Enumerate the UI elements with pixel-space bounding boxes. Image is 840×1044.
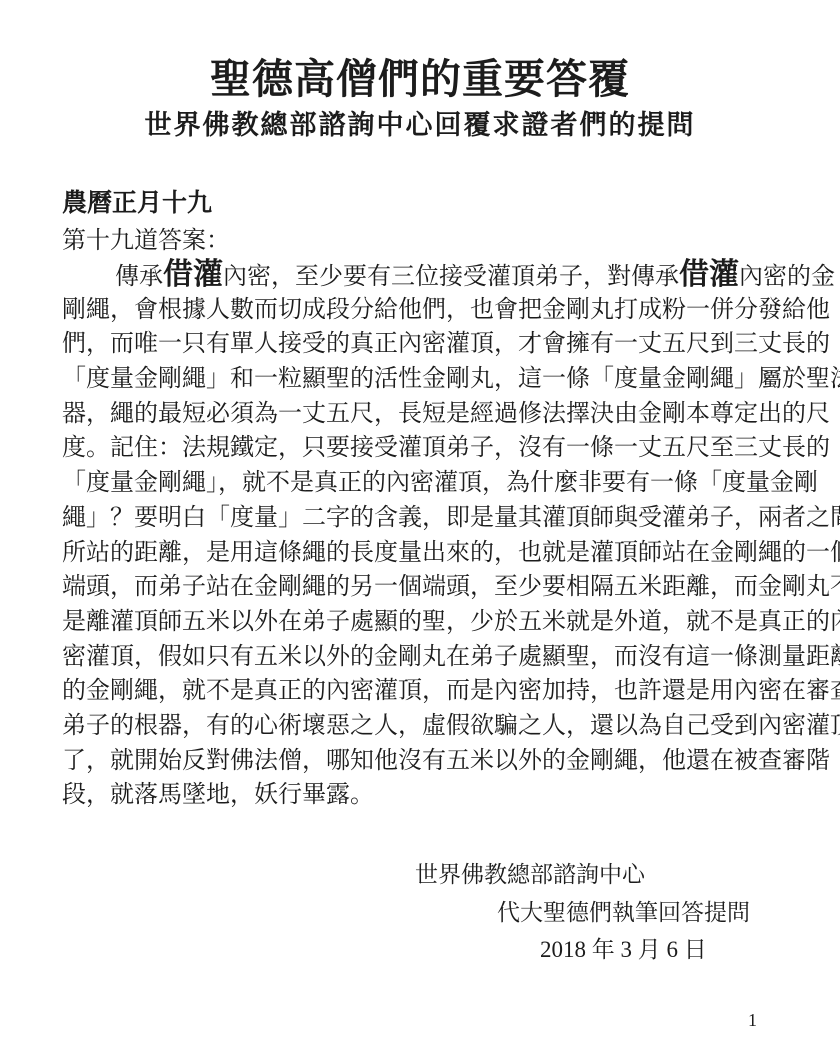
body-line: 度。記住：法規鐵定，只要接受灌頂弟子，沒有一條一丈五尺至三丈長的 [62,431,776,466]
body-text: 「度量金剛繩」和一粒顯聖的活性金剛丸，這一條「度量金剛繩」屬於聖法 [62,366,840,392]
body-text: 內密，至少要有三位接受灌頂弟子，對傳承 [223,264,679,290]
body-line: 剛繩，會根據人數而切成段分給他們，也會把金剛丸打成粉一併分發給他 [62,293,776,328]
body-text: 器，繩的最短必須為一丈五尺，長短是經過修法擇決由金剛本尊定出的尺 [62,401,830,427]
signature-block: 世界佛教總部諮詢中心 代大聖德們執筆回答提問 2018 年 3 月 6 日 [62,856,776,969]
body-text: 剛繩，會根據人數而切成段分給他們，也會把金剛丸打成粉一併分發給他 [62,297,830,323]
body-line: 「度量金剛繩」，就不是真正的內密灌頂，為什麼非要有一條「度量金剛 [62,466,776,501]
document-title: 聖德高僧們的重要答覆 [0,54,840,104]
answer-number-label: 第十九道答案： [62,226,230,256]
document-page: 聖德高僧們的重要答覆 世界佛教總部諮詢中心回覆求證者們的提問 農曆正月十九 第十… [0,0,840,1044]
body-line: 器，繩的最短必須為一丈五尺，長短是經過修法擇決由金剛本尊定出的尺 [62,397,776,432]
document-subtitle: 世界佛教總部諮詢中心回覆求證者們的提問 [0,107,840,143]
date-heading: 農曆正月十九 [62,189,212,219]
body-text: 內密的金 [739,264,835,290]
body-line: 「度量金剛繩」和一粒顯聖的活性金剛丸，這一條「度量金剛繩」屬於聖法 [62,362,776,397]
body-line: 密灌頂，假如只有五米以外的金剛丸在弟子處顯聖，而沒有這一條測量距離 [62,640,776,675]
body-line: 傳承借灌內密，至少要有三位接受灌頂弟子，對傳承借灌內密的金 [62,258,776,293]
body-line: 端頭，而弟子站在金剛繩的另一個端頭，至少要相隔五米距離，而金剛丸不 [62,570,776,605]
body-line: 繩」？要明白「度量」二字的含義，即是量其灌頂師與受灌弟子，兩者之間 [62,501,776,536]
body-line: 是離灌頂師五米以外在弟子處顯的聖，少於五米就是外道，就不是真正的內 [62,605,776,640]
body-text: 度。記住：法規鐵定，只要接受灌頂弟子，沒有一條一丈五尺至三丈長的 [62,435,830,461]
body-text: 所站的距離，是用這條繩的長度量出來的，也就是灌頂師站在金剛繩的一個 [62,540,840,566]
body-line: 所站的距離，是用這條繩的長度量出來的，也就是灌頂師站在金剛繩的一個 [62,536,776,571]
emphasized-term: 借灌 [679,258,739,291]
body-text: 「度量金剛繩」，就不是真正的內密灌頂，為什麼非要有一條「度量金剛 [62,470,818,496]
body-text: 段，就落馬墜地，妖行畢露。 [62,782,374,808]
body-line: 段，就落馬墜地，妖行畢露。 [62,778,776,813]
body-line: 們，而唯一只有單人接受的真正內密灌頂，才會擁有一丈五尺到三丈長的 [62,327,776,362]
body-text: 了，就開始反對佛法僧，哪知他沒有五米以外的金剛繩，他還在被查審階 [62,748,830,774]
body-line: 的金剛繩，就不是真正的內密灌頂，而是內密加持，也許還是用內密在審查 [62,674,776,709]
body-line: 了，就開始反對佛法僧，哪知他沒有五米以外的金剛繩，他還在被查審階 [62,744,776,779]
body-text: 傳承 [115,264,163,290]
body-text: 是離灌頂師五米以外在弟子處顯的聖，少於五米就是外道，就不是真正的內 [62,609,840,635]
body-text: 弟子的根器，有的心術壞惡之人，虛假欲騙之人，還以為自己受到內密灌頂 [62,713,840,739]
signature-author: 代大聖德們執筆回答提問 [497,894,776,932]
signature-date: 2018 年 3 月 6 日 [540,931,776,969]
body-text: 繩」？要明白「度量」二字的含義，即是量其灌頂師與受灌弟子，兩者之間 [62,505,840,531]
body-line: 弟子的根器，有的心術壞惡之人，虛假欲騙之人，還以為自己受到內密灌頂 [62,709,776,744]
body-paragraph: 傳承借灌內密，至少要有三位接受灌頂弟子，對傳承借灌內密的金剛繩，會根據人數而切成… [62,258,776,813]
body-text: 們，而唯一只有單人接受的真正內密灌頂，才會擁有一丈五尺到三丈長的 [62,331,830,357]
page-number: 1 [748,1008,757,1032]
body-text: 密灌頂，假如只有五米以外的金剛丸在弟子處顯聖，而沒有這一條測量距離 [62,644,840,670]
emphasized-term: 借灌 [163,258,223,291]
signature-organization: 世界佛教總部諮詢中心 [415,856,776,894]
body-text: 端頭，而弟子站在金剛繩的另一個端頭，至少要相隔五米距離，而金剛丸不 [62,574,840,600]
body-text: 的金剛繩，就不是真正的內密灌頂，而是內密加持，也許還是用內密在審查 [62,678,840,704]
